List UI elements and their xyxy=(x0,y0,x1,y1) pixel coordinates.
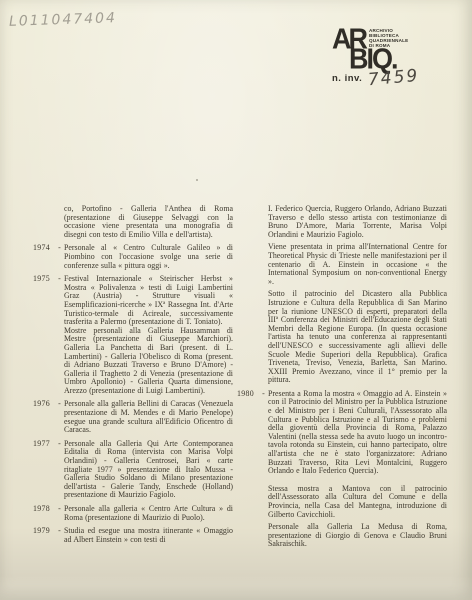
entry-body: Presenta a Roma la mostra « Omaggio ad A… xyxy=(268,390,447,549)
year-dash: - xyxy=(55,440,64,500)
scan-speck xyxy=(196,179,198,181)
bio-entry: 1980-Presenta a Roma la mostra « Omaggio… xyxy=(237,390,447,549)
paragraph: Presenta a Roma la mostra « Omaggio ad A… xyxy=(268,390,447,476)
year-dash: - xyxy=(55,505,64,522)
entry-body: Personale al « Centro Culturale Galileo … xyxy=(64,244,233,270)
entry-year: 1974 xyxy=(33,244,55,270)
paragraph: Personale alla Galleria La Medusa di Rom… xyxy=(268,523,447,549)
entry-year: 1975 xyxy=(33,275,55,395)
year-dash: - xyxy=(259,390,268,549)
entry-year: 1978 xyxy=(33,505,55,522)
scanned-document-page: L011047404 AR ARCHIVIO BIBLIOTECA QUADRI… xyxy=(0,0,472,600)
bio-entry: 1978-Personale alla galleria « Centro Ar… xyxy=(33,505,233,522)
bio-entry: 1974-Personale al « Centro Culturale Gal… xyxy=(33,244,233,270)
handwritten-pencil-number: L011047404 xyxy=(9,10,117,30)
bio-entry: 1975-Festival Internazionale « Steirisch… xyxy=(33,275,233,395)
year-dash xyxy=(55,205,64,239)
entry-body: I. Federico Quercia, Ruggero Orlando, Ad… xyxy=(268,205,447,385)
year-dash: - xyxy=(55,244,64,270)
bio-entry: 1979-Studia ed esegue una mostra itinera… xyxy=(33,527,233,544)
entry-year: 1980 xyxy=(237,390,259,549)
bio-entry: 1976-Personale alla galleria Bellini di … xyxy=(33,400,233,434)
bio-entry: I. Federico Quercia, Ruggero Orlando, Ad… xyxy=(237,205,447,385)
paragraph: Stessa mostra a Mantova con il patrocini… xyxy=(268,485,447,519)
paragraph: Festival Internazionale « Steirischer He… xyxy=(64,275,233,327)
right-column: I. Federico Quercia, Ruggero Orlando, Ad… xyxy=(237,205,447,549)
entry-body: Personale alla galleria « Centro Arte Cu… xyxy=(64,505,233,522)
paragraph: co, Portofino - Galleria l'Anthea di Rom… xyxy=(64,205,233,239)
handwritten-inventory-value: 7459 xyxy=(368,69,420,87)
paragraph: Personale alla galleria « Centro Arte Cu… xyxy=(64,505,233,522)
paragraph: Sotto il patrocinio del Dicastero alla P… xyxy=(268,290,447,385)
entry-year: 1977 xyxy=(33,440,55,500)
year-dash: - xyxy=(55,527,64,544)
paragraph: Personale alla Galleria Qui Arte Contemp… xyxy=(64,440,233,500)
entry-body: Personale alla Galleria Qui Arte Contemp… xyxy=(64,440,233,500)
entry-body: Studia ed esegue una mostra itinerante «… xyxy=(64,527,233,544)
left-column: co, Portofino - Galleria l'Anthea di Rom… xyxy=(33,205,233,549)
entry-year: 1979 xyxy=(33,527,55,544)
entry-body: co, Portofino - Galleria l'Anthea di Rom… xyxy=(64,205,233,239)
paragraph: Personale alla galleria Bellini di Carac… xyxy=(64,400,233,434)
bio-entry: co, Portofino - Galleria l'Anthea di Rom… xyxy=(33,205,233,239)
paragraph: Viene presentata in prima all'Internatio… xyxy=(268,243,447,286)
stamp-inventory-row: n. inv. 7459 xyxy=(332,73,452,85)
paragraph: I. Federico Quercia, Ruggero Orlando, Ad… xyxy=(268,205,447,239)
entry-year: 1976 xyxy=(33,400,55,434)
paragraph: Studia ed esegue una mostra itinerante «… xyxy=(64,527,233,544)
entry-year xyxy=(237,205,259,385)
biography-columns: co, Portofino - Galleria l'Anthea di Rom… xyxy=(33,205,447,549)
entry-year xyxy=(33,205,55,239)
arbiq-library-stamp: AR ARCHIVIO BIBLIOTECA QUADRIENNALE DI R… xyxy=(332,28,452,85)
paragraph: Mostre personali alla Galleria Hausamman… xyxy=(64,327,233,396)
entry-body: Personale alla galleria Bellini di Carac… xyxy=(64,400,233,434)
year-dash: - xyxy=(55,400,64,434)
year-dash: - xyxy=(55,275,64,395)
paragraph: Personale al « Centro Culturale Galileo … xyxy=(64,244,233,270)
bio-entry: 1977-Personale alla Galleria Qui Arte Co… xyxy=(33,440,233,500)
entry-body: Festival Internazionale « Steirischer He… xyxy=(64,275,233,395)
year-dash xyxy=(259,205,268,385)
